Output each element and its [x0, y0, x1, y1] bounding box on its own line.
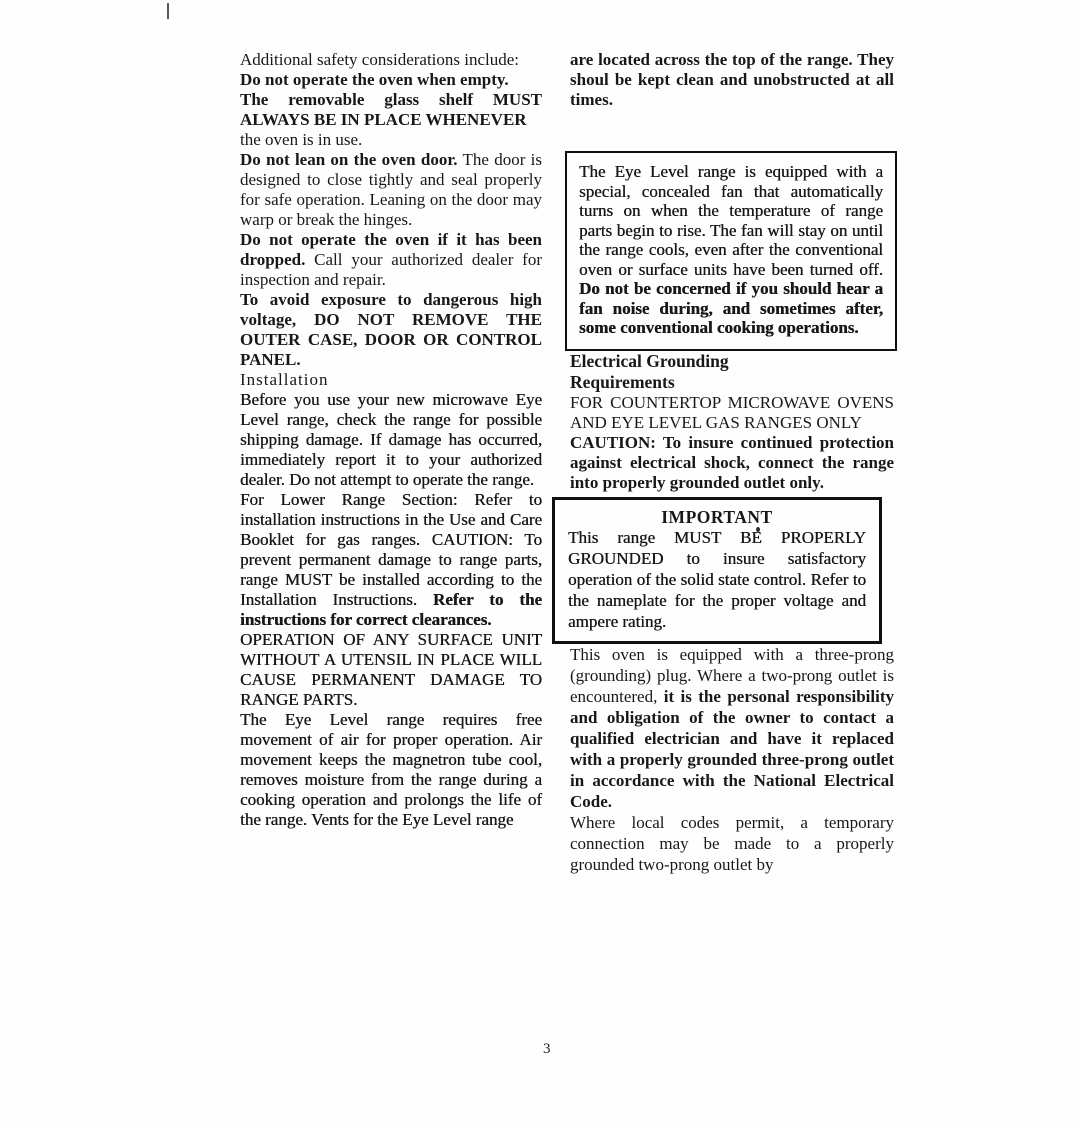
para-air-movement: The Eye Level range requires free moveme…: [240, 710, 542, 830]
heading-text: Installation: [240, 370, 328, 389]
body-text: FOR COUNTERTOP MICROWAVE OVENS AND EYE L…: [570, 393, 894, 432]
para-before-use: Before you use your new microwave Eye Le…: [240, 390, 542, 490]
registration-mark: [167, 3, 169, 19]
box-text: The Eye Level range is equipped with a s…: [579, 162, 883, 279]
box-text: This range MUST BE PROPERLY GROUNDED to …: [568, 528, 866, 631]
warning-text: Do not lean on the oven door.: [240, 150, 458, 169]
body-text: are located across the top of the range.…: [570, 50, 894, 109]
warning-text: Do not operate the oven when empty.: [240, 70, 509, 89]
para-three-prong: This oven is equipped with a three-prong…: [570, 644, 894, 812]
body-text: Where local codes permit, a temporary co…: [570, 813, 894, 874]
para-do-not-operate-empty: Do not operate the oven when empty.: [240, 70, 542, 90]
ink-artifact: [756, 527, 760, 532]
body-text: the oven is in use.: [240, 130, 362, 149]
right-column: are located across the top of the range.…: [570, 50, 894, 875]
para-vents-location: are located across the top of the range.…: [570, 50, 894, 110]
para-additional-safety: Additional safety considerations include…: [240, 50, 542, 70]
para-caution-shock: CAUTION: To insure continued protection …: [570, 433, 894, 493]
important-heading: IMPORTANT: [568, 507, 866, 527]
warning-text: Do not be concerned if you should hear a…: [579, 279, 883, 337]
para-local-codes: Where local codes permit, a temporary co…: [570, 812, 894, 875]
para-if-dropped: Do not operate the oven if it has been d…: [240, 230, 542, 290]
body-text: The Eye Level range requires free moveme…: [240, 710, 542, 829]
para-lower-range: For Lower Range Section: Refer to instal…: [240, 490, 542, 630]
para-surface-unit: OPERATION OF ANY SURFACE UNIT WITHOUT A …: [240, 630, 542, 710]
page-number: 3: [543, 1041, 551, 1058]
warning-text: CAUTION: To insure continued protection …: [570, 433, 894, 492]
installation-heading: Installation: [240, 370, 542, 390]
grounding-heading: Electrical Grounding Requirements: [570, 351, 805, 393]
important-box: IMPORTANT This range MUST BE PROPERLY GR…: [552, 497, 882, 644]
warning-text: The removable glass shelf MUST ALWAYS BE…: [240, 90, 542, 130]
heading-text: Electrical Grounding Requirements: [570, 351, 729, 392]
body-text: Before you use your new microwave Eye Le…: [240, 390, 542, 489]
para-do-not-lean: Do not lean on the oven door. The door i…: [240, 150, 542, 230]
heading-text: IMPORTANT: [661, 507, 772, 527]
warning-text: OPERATION OF ANY SURFACE UNIT WITHOUT A …: [240, 630, 542, 709]
warning-text: To avoid exposure to dangerous high volt…: [240, 290, 542, 369]
left-column: Additional safety considerations include…: [240, 50, 542, 830]
para-high-voltage: To avoid exposure to dangerous high volt…: [240, 290, 542, 370]
manual-page: Additional safety considerations include…: [0, 0, 1080, 1124]
fan-notice-box: The Eye Level range is equipped with a s…: [565, 151, 897, 351]
intro-text: Additional safety considerations include…: [240, 50, 519, 69]
important-body: This range MUST BE PROPERLY GROUNDED to …: [568, 527, 866, 632]
para-scope: FOR COUNTERTOP MICROWAVE OVENS AND EYE L…: [570, 393, 894, 433]
para-glass-shelf: The removable glass shelf MUST ALWAYS BE…: [240, 90, 542, 150]
